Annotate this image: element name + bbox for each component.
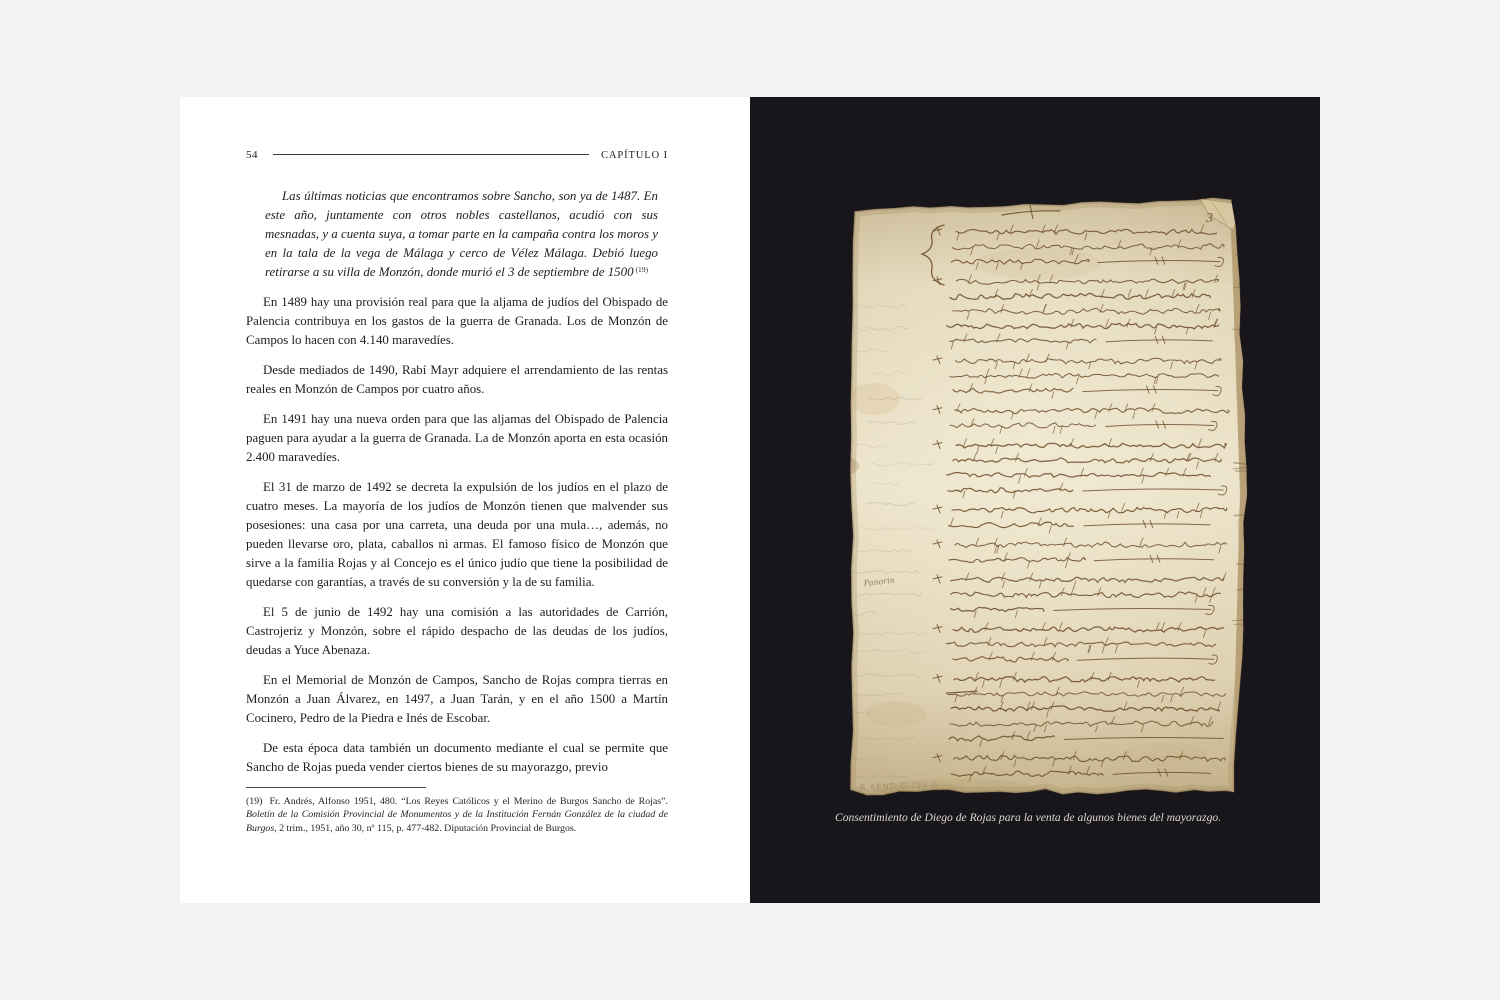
left-page: 54 CAPÍTULO I Las últimas noticias que e… (180, 97, 750, 903)
footnote-citation-tail: , 2 trim., 1951, año 30, nº 115, p. 477-… (274, 823, 576, 834)
book-spread: 54 CAPÍTULO I Las últimas noticias que e… (180, 97, 1320, 903)
figure-caption: Consentimiento de Diego de Rojas para la… (835, 810, 1300, 825)
footnote-separator (246, 787, 426, 788)
body-paragraph: Desde mediados de 1490, Rabí Mayr adquie… (246, 361, 668, 399)
right-page: 3PanorinB.AEND C-736 D Consentimiento de… (750, 97, 1320, 903)
body-paragraph: En el Memorial de Monzón de Campos, Sanc… (246, 671, 668, 728)
footnote-marker: (19) (246, 796, 269, 807)
page-number: 54 (246, 149, 258, 161)
manuscript-photo: 3PanorinB.AEND C-736 D (834, 194, 1264, 804)
footnote-text: (19)Fr. Andrés, Alfonso 1951, 480. “Los … (246, 795, 668, 835)
header-rule (273, 154, 589, 155)
body-paragraph: En 1489 hay una provisión real para que … (246, 293, 668, 350)
footnote-reference: (19) (636, 265, 649, 274)
body-paragraph: De esta época data también un documento … (246, 739, 668, 777)
chapter-header: CAPÍTULO I (601, 150, 668, 161)
body-text: Las últimas noticias que encontramos sob… (246, 187, 668, 783)
manuscript-page-number: 3 (1205, 211, 1213, 226)
book-scan: { "left_page": { "page_number": "54", "c… (0, 0, 1500, 1000)
footnote-citation-roman: Fr. Andrés, Alfonso 1951, 480. “Los Reye… (269, 796, 668, 807)
page-header: 54 CAPÍTULO I (246, 149, 668, 161)
footnote-block: (19)Fr. Andrés, Alfonso 1951, 480. “Los … (246, 787, 668, 835)
quote-paragraph: Las últimas noticias que encontramos sob… (265, 187, 658, 282)
body-paragraph: El 5 de junio de 1492 hay una comisión a… (246, 603, 668, 660)
body-paragraph: En 1491 hay una nueva orden para que las… (246, 410, 668, 467)
body-paragraph: El 31 de marzo de 1492 se decreta la exp… (246, 478, 668, 592)
quote-text: Las últimas noticias que encontramos sob… (265, 189, 658, 279)
